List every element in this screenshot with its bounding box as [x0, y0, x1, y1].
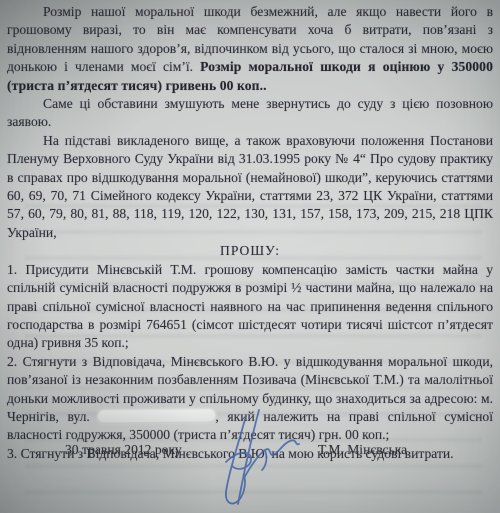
handwritten-signature	[202, 406, 312, 510]
signatory-name: Т.М. Мінєвська	[318, 442, 407, 458]
document-photo: Розмір нашої моральної шкоди безмежний, …	[0, 0, 500, 513]
paragraph-legal-grounds: На підставі викладеного вище, а також вр…	[7, 132, 493, 242]
paragraph-moral-damage: Розмір нашої моральної шкоди безмежний, …	[7, 3, 493, 95]
document-body: Розмір нашої моральної шкоди безмежний, …	[7, 3, 493, 463]
claim-item-1: 1. Присудити Мінєвській Т.М. грошову ком…	[7, 261, 493, 353]
document-date: 30 травня 2012 року	[65, 442, 182, 458]
paragraph-court-appeal: Саме ці обставини змушують мене звернути…	[7, 95, 493, 132]
petition-heading: ПРОШУ:	[7, 242, 493, 260]
redacted-street-address	[98, 409, 215, 422]
